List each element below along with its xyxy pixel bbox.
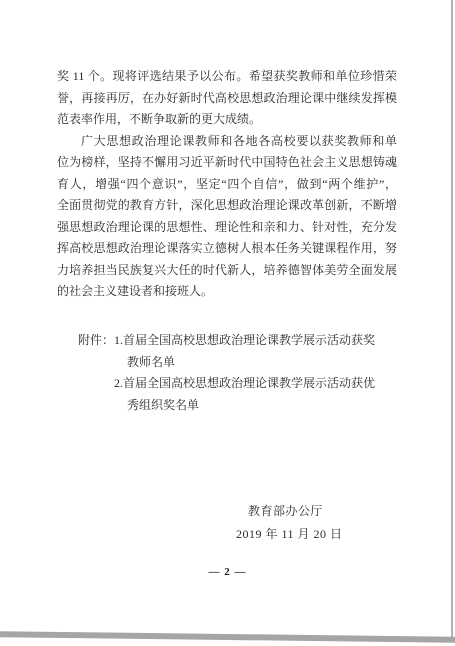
attachment-list: 1.首届全国高校思想政治理论课教学展示活动获奖教师名单2.首届全国高校思想政治理… (114, 330, 384, 416)
attachment-section: 附件： 1.首届全国高校思想政治理论课教学展示活动获奖教师名单2.首届全国高校思… (78, 330, 384, 416)
body-line: 的社会主义建设者和接班人。 (57, 281, 397, 303)
issue-date: 2019 年 11 月 20 日 (236, 523, 343, 545)
attachment-label: 附件： (78, 330, 114, 352)
page-edge-bottom (0, 631, 455, 643)
page-number: — 2 — (0, 561, 455, 583)
attachment-item: 2.首届全国高校思想政治理论课教学展示活动获优秀组织奖名单 (114, 373, 384, 416)
page-edge-right (451, 0, 453, 640)
body-line: 育人，增强“四个意识”，坚定“四个自信”，做到“两个维护”， (57, 174, 397, 196)
body-line: 誉，再接再厉，在办好新时代高校思想政治理论课中继续发挥模 (57, 88, 397, 110)
body-line: 力培养担当民族复兴大任的时代新人，培养德智体美劳全面发展 (57, 260, 397, 282)
body-line: 全面贯彻党的教育方针，深化思想政治理论课改革创新，不断增 (57, 195, 397, 217)
body-line: 范表率作用，不断争取新的更大成绩。 (57, 109, 397, 131)
document-page: 奖 11 个。现将评选结果予以公布。希望获奖教师和单位珍惜荣誉，再接再厉，在办好… (0, 0, 455, 646)
body-line: 强思想政治理论课的思想性、理论性和亲和力、针对性，充分发 (57, 217, 397, 239)
body-line: 奖 11 个。现将评选结果予以公布。希望获奖教师和单位珍惜荣 (57, 66, 397, 88)
document-body: 奖 11 个。现将评选结果予以公布。希望获奖教师和单位珍惜荣誉，再接再厉，在办好… (57, 66, 397, 303)
issuing-office: 教育部办公厅 (248, 500, 323, 522)
body-line: 挥高校思想政治理论课落实立德树人根本任务关键课程作用，努 (57, 238, 397, 260)
attachment-item: 1.首届全国高校思想政治理论课教学展示活动获奖教师名单 (114, 330, 384, 373)
body-line: 位为榜样，坚持不懈用习近平新时代中国特色社会主义思想铸魂 (57, 152, 397, 174)
body-line: 广大思想政治理论课教师和各地各高校要以获奖教师和单 (57, 131, 397, 153)
